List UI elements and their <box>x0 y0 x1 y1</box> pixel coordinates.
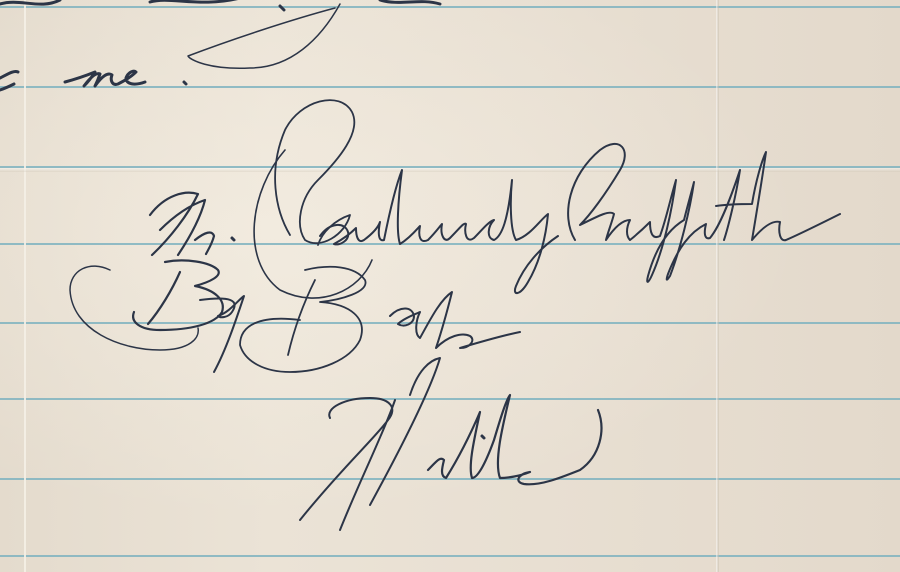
letter-paper: …ke this, you can… me. Mr. Garland Griff… <box>0 0 900 572</box>
handwriting <box>0 0 900 572</box>
